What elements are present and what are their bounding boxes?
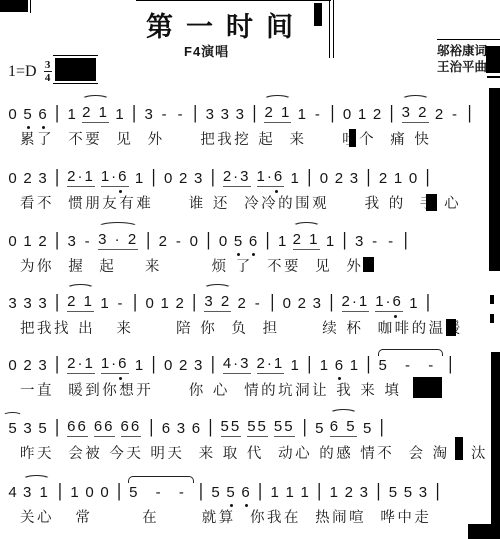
note: 2 <box>434 106 445 123</box>
mark-line6 <box>455 437 463 460</box>
note-group: 3 · 2 <box>98 231 138 250</box>
dash: - <box>385 233 397 250</box>
barline: | <box>55 293 59 314</box>
dash: - <box>311 106 323 123</box>
note: 0 <box>7 170 18 187</box>
note: 2 <box>178 170 189 187</box>
note: 1 <box>348 357 359 374</box>
dash: - <box>449 106 461 123</box>
low-octave-dot <box>27 126 30 129</box>
low-octave-dot <box>230 504 233 507</box>
barline: | <box>211 355 215 376</box>
barline: | <box>404 231 408 252</box>
note-group: 4·3 <box>223 355 251 374</box>
right-speck-a <box>490 295 494 304</box>
note: 5 <box>314 420 325 437</box>
notation-line: 012|3-3 · 2|2-0|056|12 11|3--| <box>0 219 500 250</box>
notation-line: 535|666666|636|555555|56 55| <box>0 406 500 437</box>
note: 3 <box>143 106 154 123</box>
lyrics-line: 关心 常 在 就算 你我在 热闹喧 哗中走 <box>0 506 500 527</box>
barline: | <box>390 104 394 125</box>
note: 3 <box>22 420 33 437</box>
note: 1 <box>299 484 310 501</box>
system-1: 056|12 11|3--|333|2 11-|012|3 22-|累了 不要 … <box>0 92 500 149</box>
note: 0 <box>281 295 292 312</box>
notation-line: 333|2 11-|012|3 22-|023|2·11·61| <box>0 281 500 312</box>
composer-credit: 王治平曲 <box>437 59 493 75</box>
note: 2 <box>22 357 33 374</box>
barline: | <box>468 104 472 125</box>
note: 5 <box>210 484 221 501</box>
barline: | <box>448 355 452 376</box>
barline: | <box>149 418 153 439</box>
credits: 邬裕康词 王治平曲 <box>437 43 493 75</box>
barline: | <box>146 231 150 252</box>
lyrics-line: 看不 惯朋友有难 谁 还 冷冷的围观 我 的 手 心 <box>0 192 500 213</box>
notation-line: 023|2·11·61|023|2·31·61|023|210| <box>0 156 500 187</box>
note: 2 <box>174 295 185 312</box>
note: 3 <box>37 295 48 312</box>
note: 3 <box>204 106 215 123</box>
notation-line: 43 1|100|5 - -|556|111|123|553| <box>0 471 500 501</box>
low-octave-dot <box>394 315 397 318</box>
barline: | <box>206 231 210 252</box>
note-group: 1·6 <box>375 293 403 312</box>
note: 5 <box>225 484 236 501</box>
note: 3 <box>358 484 369 501</box>
note: 6 <box>160 420 171 437</box>
note: 2 <box>296 295 307 312</box>
note-group: 2 1 <box>293 231 320 250</box>
system-7: 43 1|100|5 - -|556|111|123|553|关心 常 在 就算… <box>0 471 500 527</box>
note: 3 <box>193 170 204 187</box>
dash: - <box>174 106 186 123</box>
note: 0 <box>342 106 353 123</box>
note: 1 <box>134 170 145 187</box>
note-group: 66 <box>67 418 88 437</box>
time-signature-bottom: 4 <box>45 73 51 83</box>
note-group: 3 2 <box>204 293 231 312</box>
barline: | <box>380 418 384 439</box>
note-group: 2 1 <box>264 104 291 123</box>
barline: | <box>208 418 212 439</box>
barline: | <box>317 482 321 503</box>
barline: | <box>329 293 333 314</box>
dash: - <box>114 295 126 312</box>
note: 1 <box>134 357 145 374</box>
note: 3 <box>354 233 365 250</box>
note: 2 <box>37 233 48 250</box>
note: 1 <box>277 233 288 250</box>
dash: - <box>369 233 381 250</box>
note: 1 <box>289 357 300 374</box>
barline: | <box>307 168 311 189</box>
barline: | <box>152 168 156 189</box>
note: 0 <box>318 170 329 187</box>
barline: | <box>133 293 137 314</box>
note: 1 <box>393 170 404 187</box>
dash: - <box>158 106 170 123</box>
barline: | <box>426 168 430 189</box>
note: 6 <box>333 357 344 374</box>
note-group: 2·1 <box>342 293 370 312</box>
low-octave-dot <box>237 253 240 256</box>
note: 0 <box>7 106 18 123</box>
note-group: 55 <box>274 418 295 437</box>
note: 2 <box>378 170 389 187</box>
note-group: 66 <box>94 418 115 437</box>
note: 1 <box>114 106 125 123</box>
note-group: 1·6 <box>101 355 129 374</box>
notation-line: 023|2·11·61|023|4·32·11|161|5 - -| <box>0 343 500 374</box>
tie-arc <box>96 222 140 233</box>
key-signature: 1=D 3 4 <box>8 60 52 83</box>
title-double-line-a <box>329 0 330 58</box>
note: 2 <box>22 170 33 187</box>
mark-line1 <box>349 129 356 147</box>
barline: | <box>55 355 59 376</box>
note: 4 <box>7 484 18 501</box>
time-signature: 3 4 <box>44 60 52 83</box>
note: 2 <box>157 233 168 250</box>
dash: - <box>172 233 184 250</box>
barline: | <box>343 231 347 252</box>
tie-arc-long <box>128 476 194 483</box>
mark-line5 <box>413 377 442 398</box>
credits-block <box>486 46 500 73</box>
note-group: 2·3 <box>223 168 251 187</box>
system-6: 535|666666|636|555555|56 55|昨天 会被 今天 明天 … <box>0 406 500 463</box>
dash: - <box>81 233 93 250</box>
lyrics-line: 昨天 会被 今天 明天 来 取 代 动心 的感 情不 会 淘 汰 <box>0 442 500 463</box>
note: 5 <box>232 233 243 250</box>
note-group: 5 - - <box>379 357 441 374</box>
note: 2 <box>343 484 354 501</box>
note: 3 <box>66 233 77 250</box>
note: 5 <box>402 484 413 501</box>
note: 0 <box>188 233 199 250</box>
note: 3 <box>37 170 48 187</box>
barline: | <box>270 293 274 314</box>
note-group: 2·1 <box>67 355 95 374</box>
low-octave-dot <box>338 377 341 380</box>
note: 6 <box>247 233 258 250</box>
barline: | <box>307 355 311 376</box>
top-left-block <box>0 0 28 12</box>
barline: | <box>252 104 256 125</box>
note: 1 <box>269 484 280 501</box>
note: 5 <box>387 484 398 501</box>
note-group: 1·6 <box>101 168 129 187</box>
tie-arc <box>328 409 359 420</box>
barline: | <box>426 293 430 314</box>
tie-arc <box>400 95 431 106</box>
barline: | <box>366 355 370 376</box>
tie-arc <box>65 284 96 295</box>
barline: | <box>58 482 62 503</box>
barline: | <box>435 482 439 503</box>
barline: | <box>55 418 59 439</box>
note: 5 <box>362 420 373 437</box>
barline: | <box>55 168 59 189</box>
barline: | <box>199 482 203 503</box>
note: 1 <box>408 295 419 312</box>
note: 0 <box>99 484 110 501</box>
note: 0 <box>7 357 18 374</box>
note: 1 <box>99 295 110 312</box>
note-group: 2 1 <box>67 293 94 312</box>
notation-line: 056|12 11|3--|333|2 11-|012|3 22-| <box>0 92 500 123</box>
key-rule-top <box>53 55 98 56</box>
tie-arc <box>202 284 233 295</box>
right-speck-b <box>490 314 494 323</box>
note: 0 <box>408 170 419 187</box>
note-group: 55 <box>247 418 268 437</box>
note-group: 1·6 <box>257 168 285 187</box>
mark-line4 <box>446 319 456 336</box>
key-block <box>55 58 96 81</box>
note: 6 <box>190 420 201 437</box>
tie-arc-end <box>3 412 22 419</box>
system-2: 023|2·11·61|023|2·31·61|023|210|看不 惯朋友有难… <box>0 156 500 213</box>
note-group: 2·1 <box>67 168 95 187</box>
low-octave-dot <box>245 504 248 507</box>
corner-block <box>468 524 500 539</box>
note-group: 66 <box>121 418 142 437</box>
note-group: 2 1 <box>82 104 109 123</box>
note: 1 <box>69 484 80 501</box>
note: 1 <box>284 484 295 501</box>
note: 3 <box>417 484 428 501</box>
barline: | <box>193 104 197 125</box>
low-octave-dot <box>252 253 255 256</box>
barline: | <box>55 231 59 252</box>
note: 2 <box>236 295 247 312</box>
barline: | <box>366 168 370 189</box>
note: 0 <box>84 484 95 501</box>
note: 6 <box>37 106 48 123</box>
system-4: 333|2 11-|012|3 22-|023|2·11·61|把我找 出 来 … <box>0 281 500 338</box>
note: 0 <box>7 233 18 250</box>
note: 6 <box>240 484 251 501</box>
note: 0 <box>217 233 228 250</box>
title-double-line-b <box>333 0 334 58</box>
note: 3 <box>193 357 204 374</box>
dash: - <box>251 295 263 312</box>
note: 2 <box>178 357 189 374</box>
performer-label: F4演唱 <box>184 41 229 60</box>
right-bar-top <box>489 88 500 271</box>
note: 3 <box>311 295 322 312</box>
title-end-bar <box>314 3 322 26</box>
lyrics-line: 累了 不要 见 外 把我挖 起 来 吐个 痛 快 <box>0 128 500 149</box>
tie-arc-long <box>378 349 444 356</box>
note-group: 5 - - <box>129 484 191 501</box>
time-signature-top: 3 <box>45 60 51 70</box>
note-group: 3 1 <box>23 484 50 501</box>
system-3: 012|3-3 · 2|2-0|056|12 11|3--|为你 握 起 来 烦… <box>0 219 500 276</box>
note: 0 <box>163 170 174 187</box>
lyrics-line: 把我找 出 来 陪 你 负 担 续 杯 咖啡的温暖 <box>0 317 500 338</box>
note: 3 <box>234 106 245 123</box>
composer-underline <box>487 76 500 78</box>
note: 1 <box>296 106 307 123</box>
note: 1 <box>289 170 300 187</box>
barline: | <box>132 104 136 125</box>
right-bar-bottom <box>491 352 500 539</box>
credits-overline <box>437 39 500 40</box>
note: 1 <box>357 106 368 123</box>
note: 5 <box>37 420 48 437</box>
tie-arc <box>21 475 52 486</box>
barline: | <box>55 104 59 125</box>
note: 1 <box>328 484 339 501</box>
note: 0 <box>163 357 174 374</box>
note: 2 <box>333 170 344 187</box>
note: 2 <box>372 106 383 123</box>
tie-arc <box>262 95 293 106</box>
mark-line2 <box>426 194 437 211</box>
note: 1 <box>159 295 170 312</box>
note: 3 <box>175 420 186 437</box>
note: 1 <box>66 106 77 123</box>
note: 1 <box>318 357 329 374</box>
barline: | <box>303 418 307 439</box>
lyricist-credit: 邬裕康词 <box>437 43 493 59</box>
note: 3 <box>37 357 48 374</box>
mark-line3 <box>363 257 374 272</box>
barline: | <box>211 168 215 189</box>
barline: | <box>192 293 196 314</box>
note: 5 <box>22 106 33 123</box>
note: 3 <box>22 295 33 312</box>
song-title: 第一时间 <box>146 5 306 44</box>
barline: | <box>330 104 334 125</box>
note: 0 <box>144 295 155 312</box>
note: 3 <box>7 295 18 312</box>
note-group: 3 2 <box>402 104 429 123</box>
lyrics-line: 为你 握 起 来 烦 了 不要 见 外 <box>0 255 500 276</box>
tie-arc <box>80 95 111 106</box>
key-label: 1=D <box>8 63 37 81</box>
barline: | <box>376 482 380 503</box>
top-left-line <box>30 0 31 13</box>
note-group: 55 <box>221 418 242 437</box>
note: 1 <box>325 233 336 250</box>
key-rule-bottom <box>53 83 98 84</box>
note-group: 2·1 <box>257 355 285 374</box>
note: 5 <box>7 420 18 437</box>
note: 3 <box>348 170 359 187</box>
note-group: 6 5 <box>330 418 357 437</box>
sheet-music-page: { "header": { "title": "第一时间", "performe… <box>0 0 500 539</box>
top-rule <box>136 0 331 1</box>
barline: | <box>152 355 156 376</box>
low-octave-dot <box>42 126 45 129</box>
note: 1 <box>22 233 33 250</box>
note: 3 <box>219 106 230 123</box>
barline: | <box>265 231 269 252</box>
barline: | <box>117 482 121 503</box>
barline: | <box>258 482 262 503</box>
tie-arc <box>291 222 322 233</box>
